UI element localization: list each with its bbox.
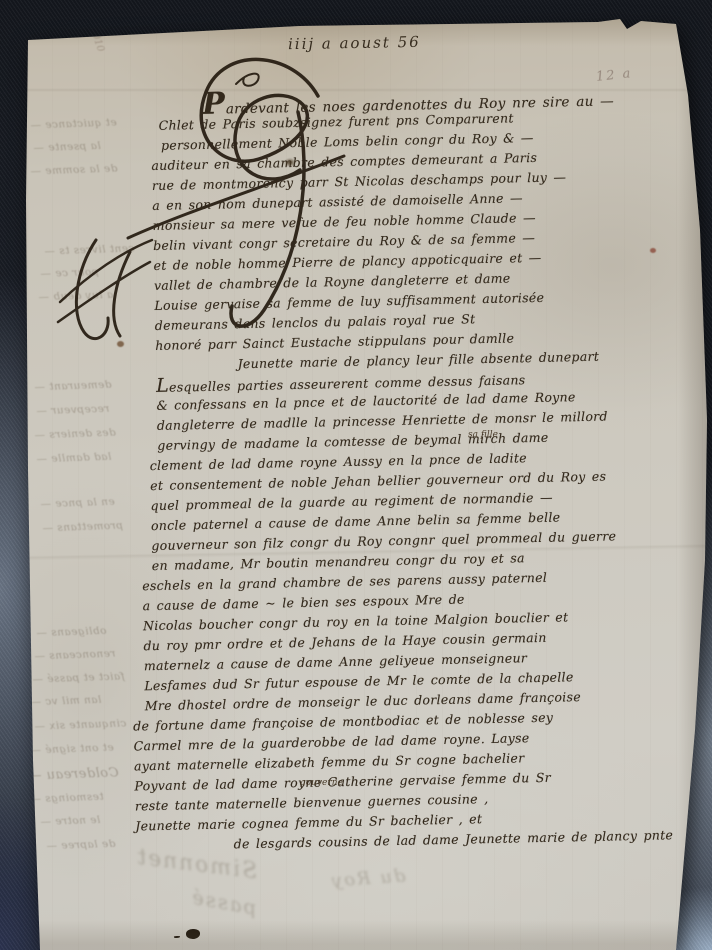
parchment-sheet-wrapper: et quictance — la psente — de la somme —…: [0, 0, 712, 950]
parchment-sheet: et quictance — la psente — de la somme —…: [0, 0, 712, 950]
photograph-of-manuscript: et quictance — la psente — de la somme —…: [0, 0, 712, 950]
paper-edge-shading: [0, 0, 712, 950]
